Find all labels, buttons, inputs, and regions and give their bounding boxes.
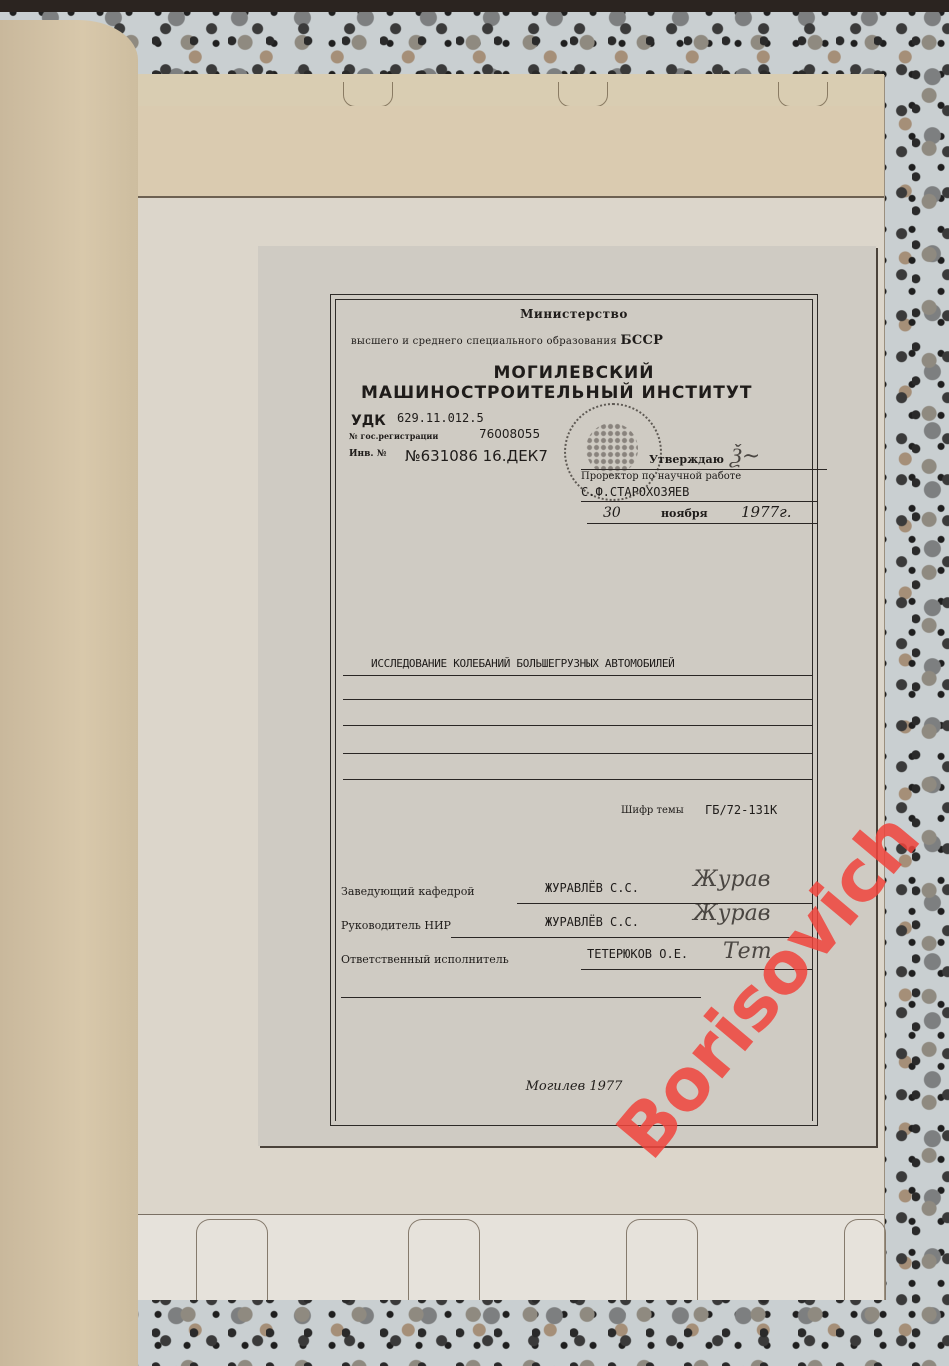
signatory-signature: Журав (693, 901, 770, 926)
top-shadow (0, 0, 949, 12)
udk-label: УДК (351, 413, 386, 429)
approve-label: Утверждаю (649, 453, 724, 466)
folder-bottom-tab (844, 1219, 886, 1300)
signatory-label: Ответственный исполнитель (341, 953, 509, 966)
folder-top-band (138, 74, 884, 107)
theme-code-value: ГБ/72-131К (705, 803, 777, 817)
institute-name-2: МАШИНОСТРОИТЕЛЬНЫЙ ИНСТИТУТ (361, 383, 753, 403)
theme-code-label: Шифр темы (621, 805, 684, 816)
folder-bottom-tab (408, 1219, 480, 1300)
folder-bottom-tab (626, 1219, 698, 1300)
folder-lower-flap (138, 1214, 884, 1300)
signatory-label: Заведующий кафедрой (341, 885, 475, 898)
inventory-value: №631086 16.ДЕК7 (405, 447, 548, 465)
registration-label: № гос.регистрации (349, 431, 438, 441)
folder-top-tab (778, 82, 828, 107)
signatory-label: Руководитель НИР (341, 919, 451, 932)
signatory-name: ЖУРАВЛЁВ С.С. (545, 881, 639, 895)
signatory-signature: Журав (693, 867, 770, 892)
folder-bottom-tab (196, 1219, 268, 1300)
institute-name-1: МОГИЛЕВСКИЙ (331, 363, 817, 383)
folder-upper-flap (138, 106, 884, 198)
inventory-label: Инв. № (349, 449, 386, 459)
signatory-name: ТЕТЕРЮКОВ О.Е. (587, 947, 688, 961)
folder-top-tab (558, 82, 608, 107)
approve-date-day: 30 (603, 505, 621, 521)
approver-signature: Ѯ~ (731, 443, 760, 469)
left-book-page (0, 20, 138, 1366)
registration-value: 76008055 (479, 427, 540, 441)
ministry-line-1: Министерство (331, 307, 817, 321)
udk-value: 629.11.012.5 (397, 411, 484, 425)
signatory-name: ЖУРАВЛЁВ С.С. (545, 915, 639, 929)
folder-sheet: Министерство высшего и среднего специаль… (138, 74, 884, 1299)
folder-top-tab (343, 82, 393, 107)
report-title: ИССЛЕДОВАНИЕ КОЛЕБАНИЙ БОЛЬШЕГРУЗНЫХ АВТ… (371, 657, 674, 670)
approve-date-month: ноября (661, 507, 708, 520)
ministry-line-2: высшего и среднего специального образова… (351, 333, 663, 348)
approve-date-year: 1977г. (741, 503, 792, 521)
approver-name: С.Ф.СТАРОХОЗЯЕВ (581, 485, 689, 499)
city-year: Могилев 1977 (331, 1079, 817, 1094)
approver-role: Проректор по научной работе (581, 471, 741, 482)
